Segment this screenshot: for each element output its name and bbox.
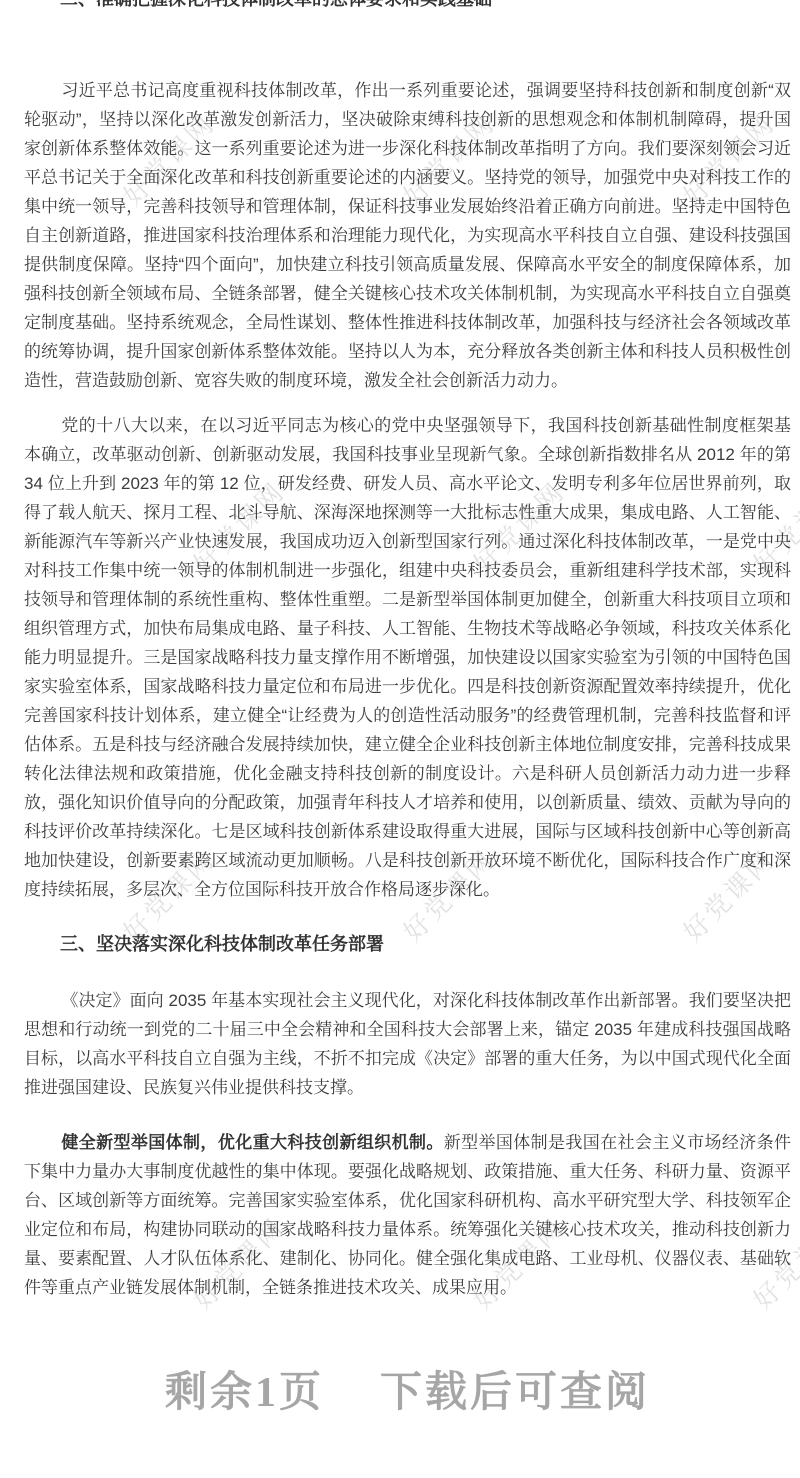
section-heading-3: 三、坚决落实深化科技体制改革任务部署 [24, 930, 791, 959]
paragraph-bold-lead: 健全新型举国体制，优化重大科技创新组织机制。 [61, 1133, 443, 1152]
remaining-pages-label: 剩余1页 [165, 1368, 324, 1418]
document-content: 二、准确把握深化科技体制改革的总体要求和实践基础 习近平总书记高度重视科技体制改… [0, 0, 800, 1418]
paragraph-juguo-body: 新型举国体制是我国在社会主义市场经济条件下集中力量办大事制度优越性的集中体现。要… [24, 1133, 791, 1297]
document-page: 好党课网好党课网好党课网好党课网好党课网好党课网好党课网好党课网好党课网好党课网… [0, 0, 800, 1478]
download-hint-label: 下载后可查阅 [380, 1368, 650, 1418]
paragraph-decision-2035: 《决定》面向 2035 年基本实现社会主义现代化，对深化科技体制改革作出新部署。… [24, 986, 791, 1102]
download-banner: 剩余1页 下载后可查阅 [24, 1368, 791, 1418]
paragraph-overall-requirements: 习近平总书记高度重视科技体制改革，作出一系列重要论述，强调要坚持科技创新和制度创… [24, 76, 791, 395]
section-heading-2: 二、准确把握深化科技体制改革的总体要求和实践基础 [24, 0, 791, 14]
paragraph-juguo-system: 健全新型举国体制，优化重大科技创新组织机制。新型举国体制是我国在社会主义市场经济… [24, 1128, 791, 1302]
paragraph-reform-achievements: 党的十八大以来，在以习近平同志为核心的党中央坚强领导下，我国科技创新基础性制度框… [24, 411, 791, 904]
